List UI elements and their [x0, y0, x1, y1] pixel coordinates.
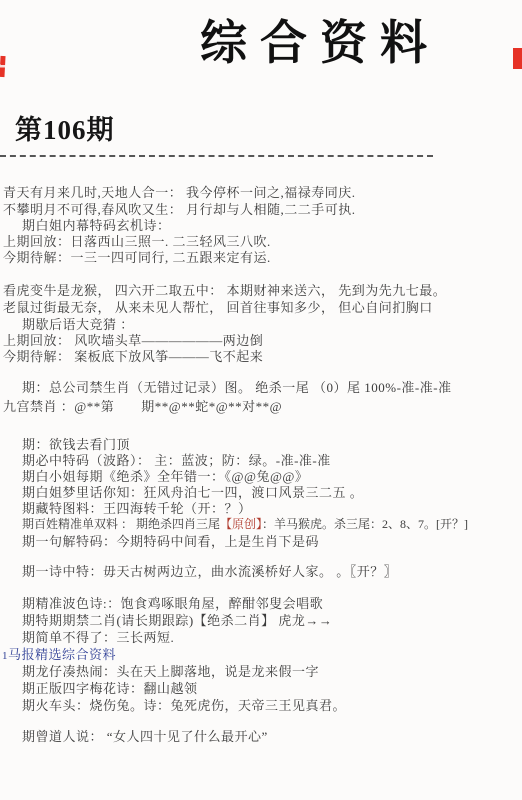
danshuang-post: ：羊马猴虎。杀三尾：2、8、7。[开？] — [262, 517, 468, 531]
line-forbidden-zodiac: 期：总公司禁生肖（无错过记录）图。 绝杀一尾 （0）尾 100%-准-准-准 — [22, 377, 452, 396]
line-huochetou: 期火车头：烧伤兔。诗：兔死虎伤，天帝三王见真君。 — [22, 695, 346, 714]
dashed-divider — [0, 155, 433, 157]
mabao-label: 马报精选综合资料 — [8, 647, 116, 662]
red-stamp-right — [513, 48, 522, 69]
line-xiehouyu-current: 今期待解： 案板底下放风筝———飞不起来 — [3, 346, 263, 365]
line-yishi-zhongte: 期一诗中特：毋天古树两边立，曲水流溪桥好人家。 。〖开？〗 — [22, 561, 397, 580]
issue-heading: 第106期 — [15, 108, 115, 147]
line-yiju-jiete: 期一句解特码：今期特码中间看，上是生肖下是码 — [22, 531, 319, 550]
line-danshuang-juesha: 期百姓精准单双料 ： 期绝杀四肖三尾【原创】：羊马猴虎。杀三尾：2、8、7。[开… — [22, 515, 468, 532]
line-zengdaoren: 期曾道人说： “女人四十见了什么最开心” — [22, 726, 268, 745]
line-jiugong-forbidden: 九宫禁肖 ：@**第 期**@**蛇*@**对**@ — [3, 396, 282, 415]
original-tag: 【原创】 — [220, 517, 262, 531]
scan-page: 综合资料 第106期 青天有月来几时,天地人合一： 我今停杯一问之,福禄寿同庆.… — [0, 0, 522, 800]
line-baijie-current-issue: 今期待解：一三一四可同行, 二五跟来定有运. — [3, 247, 271, 266]
page-title: 综合资料 — [200, 6, 440, 73]
danshuang-pre: 期百姓精准单双料 ： 期绝杀四肖三尾 — [22, 517, 220, 531]
red-stamp-left — [0, 56, 6, 77]
